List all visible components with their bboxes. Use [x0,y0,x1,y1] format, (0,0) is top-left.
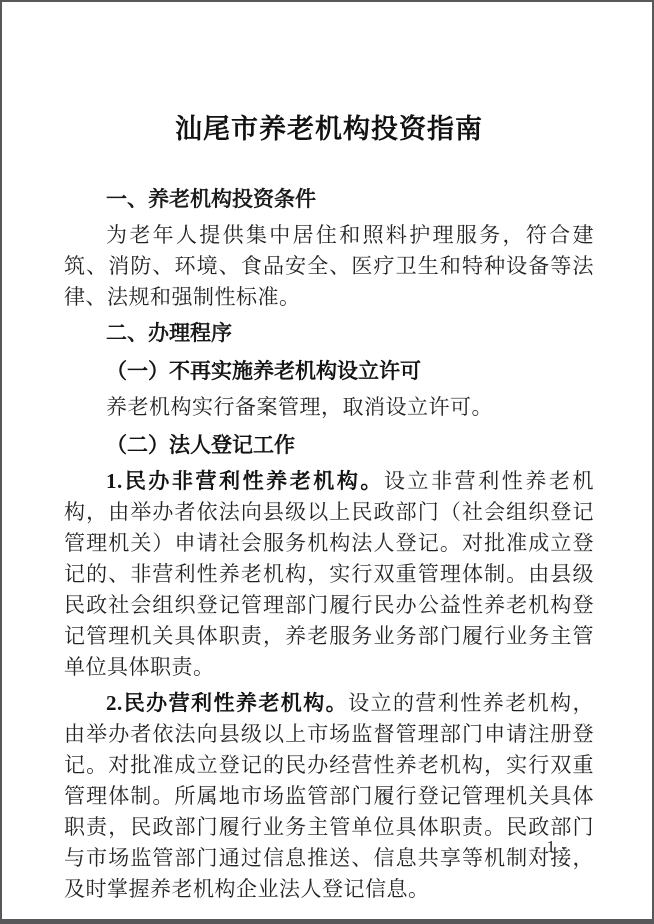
document-title: 汕尾市养老机构投资指南 [64,108,594,150]
paragraph-nonprofit-institutions: 1.民办非营利性养老机构。设立非营利性养老机构，由举办者依法向县级以上民政部门（… [64,466,594,683]
paragraph-investment-conditions: 为老年人提供集中居住和照料护理服务，符合建筑、消防、环境、食品安全、医疗卫生和特… [64,220,594,313]
section-heading-investment-conditions: 一、养老机构投资条件 [64,184,594,215]
paragraph-filing-management: 养老机构实行备案管理，取消设立许可。 [64,392,594,423]
page-number: - 1 - [535,837,568,857]
paragraph-forprofit-text: 设立的营利性养老机构，由举办者依法向县级以上市场监督管理部门申请注册登记。对批准… [64,691,594,901]
subsection-heading-no-establishment-license: （一）不再实施养老机构设立许可 [64,356,594,387]
subsection-heading-legal-person-registration: （二）法人登记工作 [64,430,594,461]
paragraph-forprofit-institutions: 2.民办营利性养老机构。设立的营利性养老机构，由举办者依法向县级以上市场监督管理… [64,688,594,905]
paragraph-forprofit-lead: 2.民办营利性养老机构。 [106,691,348,715]
paragraph-nonprofit-lead: 1.民办非营利性养老机构。 [106,469,384,493]
document-page: 汕尾市养老机构投资指南 一、养老机构投资条件 为老年人提供集中居住和照料护理服务… [0,0,654,924]
paragraph-nonprofit-text: 设立非营利性养老机构，由举办者依法向县级以上民政部门（社会组织登记管理机关）申请… [64,469,594,679]
document-content: 汕尾市养老机构投资指南 一、养老机构投资条件 为老年人提供集中居住和照料护理服务… [2,108,652,905]
section-heading-procedures: 二、办理程序 [64,318,594,349]
